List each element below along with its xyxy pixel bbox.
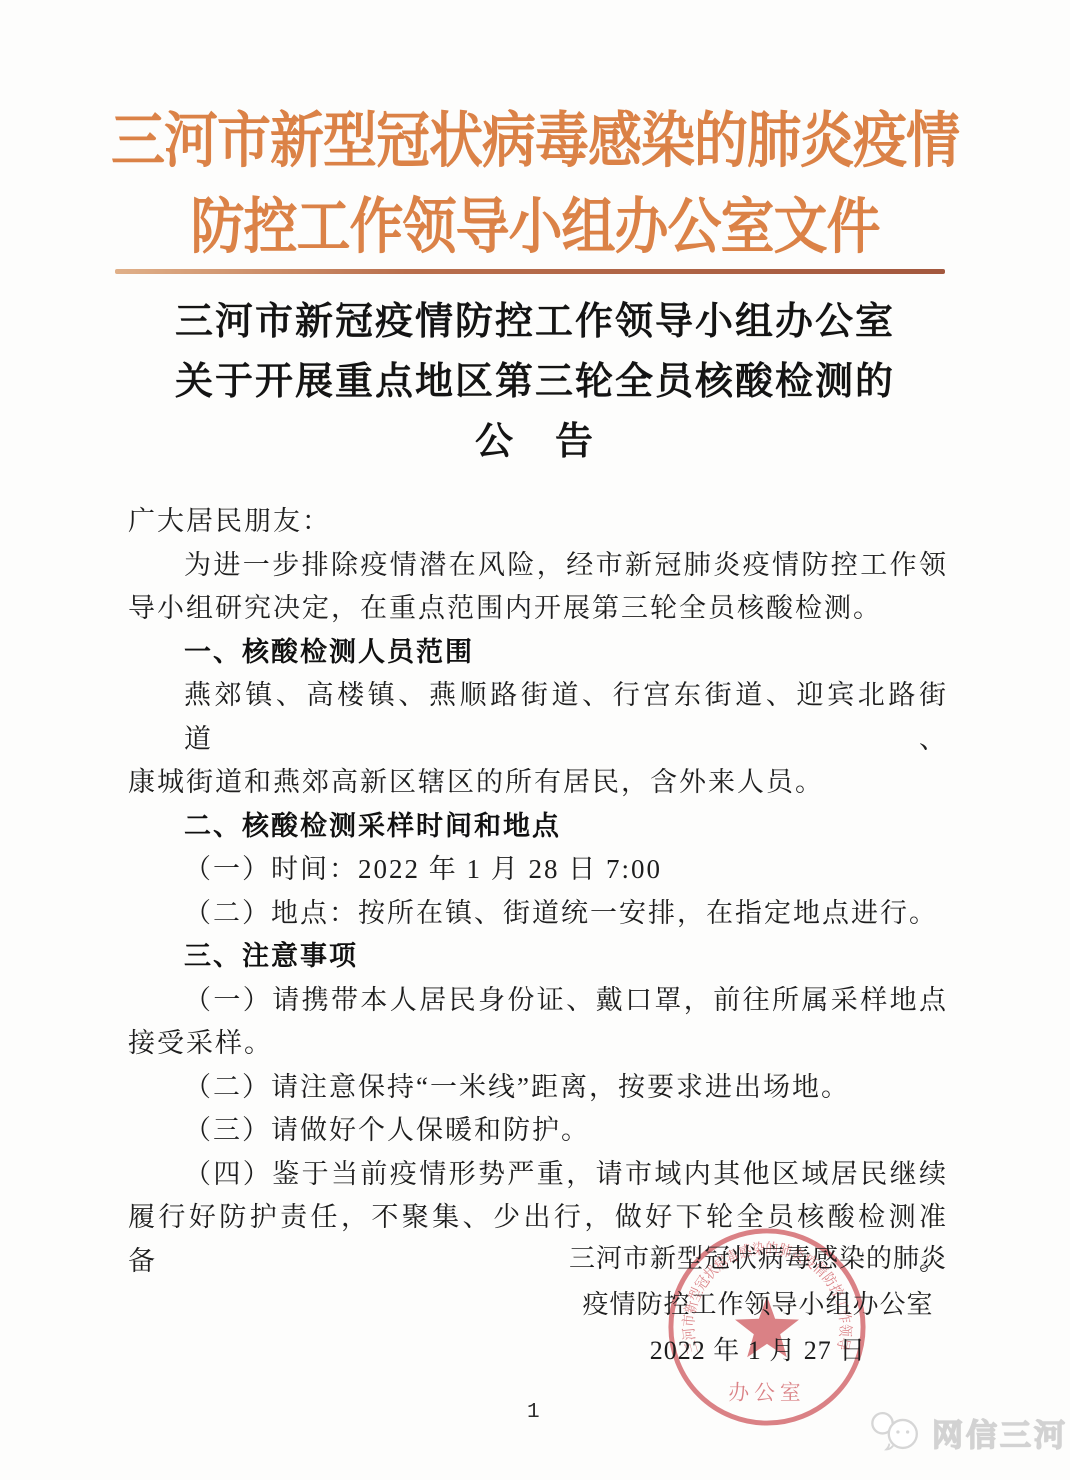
letterhead-line-1: 三河市新型冠状病毒感染的肺炎疫情 [0,93,1070,189]
body-line: 导小组研究决定，在重点范围内开展第三轮全员核酸检测。 [128,587,948,631]
wangxin-sanhe-logo-icon [868,1408,926,1456]
signature-line: 三河市新型冠状病毒感染的肺炎 [560,1236,956,1282]
body-line: 康城街道和燕郊高新区辖区的所有居民，含外来人员。 [128,761,948,805]
document-title-line: 关于开展重点地区第三轮全员核酸检测的 [0,352,1070,412]
body-line: （一）时间：2022 年 1 月 28 日 7:00 [128,848,948,892]
page-number: 1 [527,1401,540,1424]
signature-block: 三河市新型冠状病毒感染的肺炎疫情防控工作领导小组办公室2022 年 1 月 27… [560,1236,956,1374]
body-line: 一、核酸检测人员范围 [128,631,948,675]
document-title: 三河市新冠疫情防控工作领导小组办公室关于开展重点地区第三轮全员核酸检测的公 告 [0,292,1070,472]
notice-body: 广大居民朋友：为进一步排除疫情潜在风险，经市新冠肺炎疫情防控工作领导小组研究决定… [128,500,948,1283]
body-line: 二、核酸检测采样时间和地点 [128,805,948,849]
body-line: （二）请注意保持“一米线”距离，按要求进出场地。 [128,1066,948,1110]
body-line: （三）请做好个人保暖和防护。 [128,1109,948,1153]
watermark: 网信三河 [868,1408,1068,1456]
body-line: 接受采样。 [128,1022,948,1066]
signature-line: 2022 年 1 月 27 日 [560,1328,956,1374]
letterhead-line-2: 防控工作领导小组办公室文件 [0,179,1070,275]
seal-bottom-text: 办公室 [728,1381,805,1404]
body-line: （一）请携带本人居民身份证、戴口罩，前往所属采样地点 [128,979,948,1023]
watermark-text: 网信三河 [932,1410,1068,1455]
body-line: （二）地点：按所在镇、街道统一安排，在指定地点进行。 [128,892,948,936]
letterhead-divider-rule [115,269,945,274]
body-line: 广大居民朋友： [128,500,948,544]
body-line: 为进一步排除疫情潜在风险，经市新冠肺炎疫情防控工作领 [128,544,948,588]
document-title-line: 三河市新冠疫情防控工作领导小组办公室 [0,292,1070,352]
signature-line: 疫情防控工作领导小组办公室 [560,1282,956,1328]
body-line: 三、注意事项 [128,935,948,979]
letterhead: 三河市新型冠状病毒感染的肺炎疫情 防控工作领导小组办公室文件 [0,98,1070,270]
body-line: 燕郊镇、高楼镇、燕顺路街道、行宫东街道、迎宾北路街道、 [128,674,948,761]
body-line: （四）鉴于当前疫情形势严重，请市域内其他区域居民继续 [128,1153,948,1197]
official-notice-page: 三河市新型冠状病毒感染的肺炎疫情 防控工作领导小组办公室文件 三河市新冠疫情防控… [0,0,1070,1480]
document-title-line: 公 告 [0,412,1070,472]
